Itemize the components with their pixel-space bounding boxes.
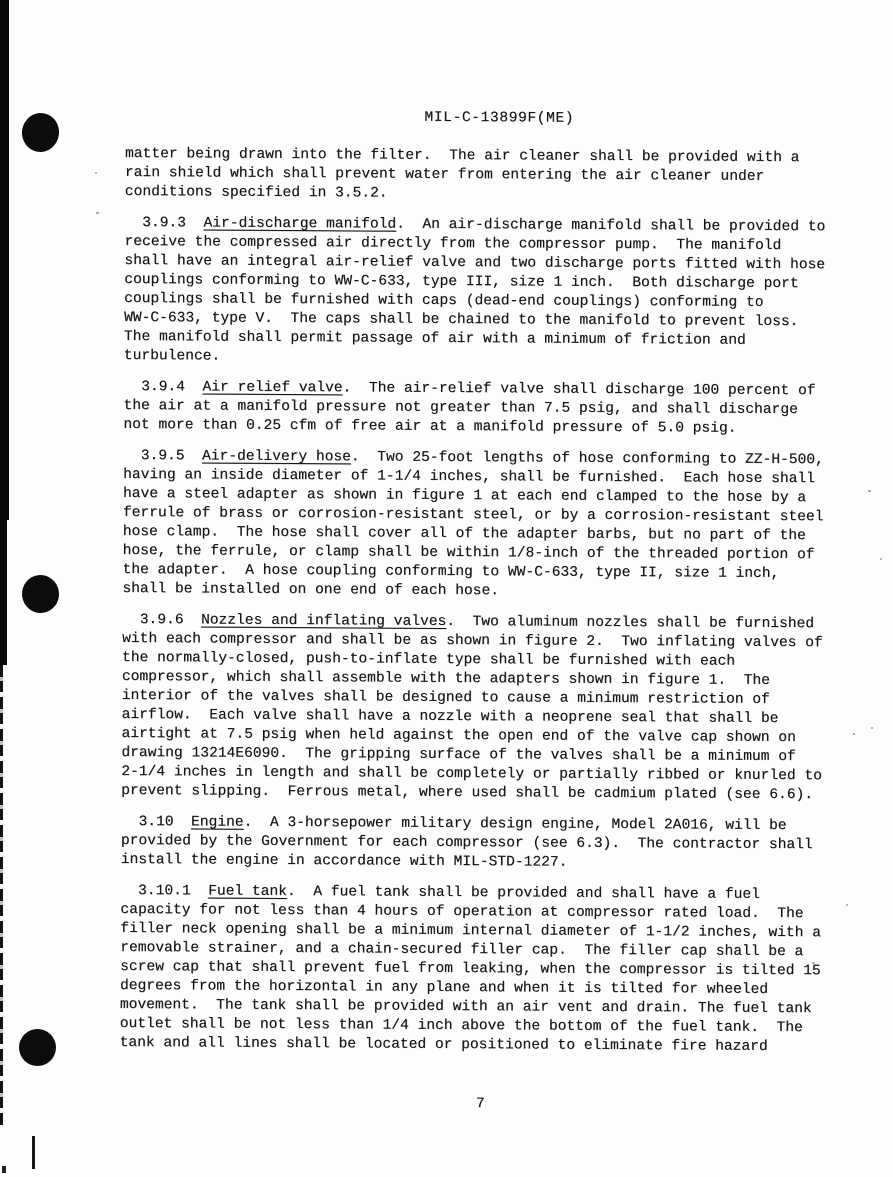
hole-punch-mark bbox=[20, 573, 61, 615]
scan-speck bbox=[871, 727, 873, 729]
section-title: Air relief valve bbox=[202, 379, 342, 396]
paragraph-text: . Two 25-foot lengths of hose conforming… bbox=[122, 449, 824, 599]
scan-speck bbox=[2, 1166, 6, 1173]
paragraph-3-9-5-air-delivery-hose: 3.9.5 Air-delivery hose. Two 25-foot len… bbox=[122, 447, 845, 603]
paragraph-continued: matter being drawn into the filter. The … bbox=[125, 145, 847, 206]
paragraph-text: . Two aluminum nozzles shall be furnishe… bbox=[121, 614, 823, 803]
scan-speck bbox=[96, 212, 99, 214]
paragraph-3-9-6-nozzles-and-inflating-valves: 3.9.6 Nozzles and inflating valves. Two … bbox=[121, 611, 844, 805]
section-number: 3.9.6 bbox=[122, 612, 201, 628]
hole-punch-mark bbox=[19, 1029, 56, 1066]
scan-edge-bar bbox=[0, 520, 7, 665]
scan-speck bbox=[95, 172, 97, 174]
scanned-document-page: MIL-C-13899F(ME) matter being drawn into… bbox=[0, 0, 893, 1177]
scan-artifact-line bbox=[32, 1136, 35, 1169]
section-number: 3.9.5 bbox=[123, 448, 202, 464]
paragraph-3-10-engine: 3.10 Engine. A 3-horsepower military des… bbox=[121, 813, 843, 874]
scan-speck bbox=[868, 490, 871, 492]
section-title: Air-delivery hose bbox=[202, 448, 351, 465]
paragraph-text: . A fuel tank shall be provided and shal… bbox=[120, 884, 821, 1055]
section-number: 3.10.1 bbox=[121, 883, 209, 900]
paragraph-3-9-4-air-relief-valve: 3.9.4 Air relief valve. The air-relief v… bbox=[123, 378, 845, 439]
page-number: 7 bbox=[119, 1093, 841, 1116]
scan-speck bbox=[880, 558, 882, 560]
scan-speck bbox=[853, 733, 855, 735]
scan-edge-bar bbox=[0, 665, 3, 1125]
section-title: Engine bbox=[191, 814, 244, 830]
scan-speck bbox=[846, 904, 848, 906]
section-title: Fuel tank bbox=[208, 884, 287, 900]
section-title: Nozzles and inflating valves bbox=[201, 612, 446, 629]
paragraph-3-10-1-fuel-tank: 3.10.1 Fuel tank. A fuel tank shall be p… bbox=[120, 882, 843, 1057]
hole-punch-mark bbox=[19, 111, 61, 155]
section-number: 3.10 bbox=[121, 814, 191, 830]
paragraph-3-9-3-air-discharge-manifold: 3.9.3 Air-discharge manifold. An air-dis… bbox=[124, 214, 847, 370]
document-id-header: MIL-C-13899F(ME) bbox=[125, 107, 847, 130]
section-number: 3.9.3 bbox=[125, 215, 204, 231]
paragraph-text: . An air-discharge manifold shall be pro… bbox=[124, 217, 826, 365]
paragraph-text: matter being drawn into the filter. The … bbox=[125, 146, 800, 202]
document-body: MIL-C-13899F(ME) matter being drawn into… bbox=[119, 0, 848, 1116]
section-title: Air-discharge manifold bbox=[203, 215, 396, 232]
section-number: 3.9.4 bbox=[124, 379, 203, 395]
scan-edge-bar bbox=[0, 0, 9, 520]
